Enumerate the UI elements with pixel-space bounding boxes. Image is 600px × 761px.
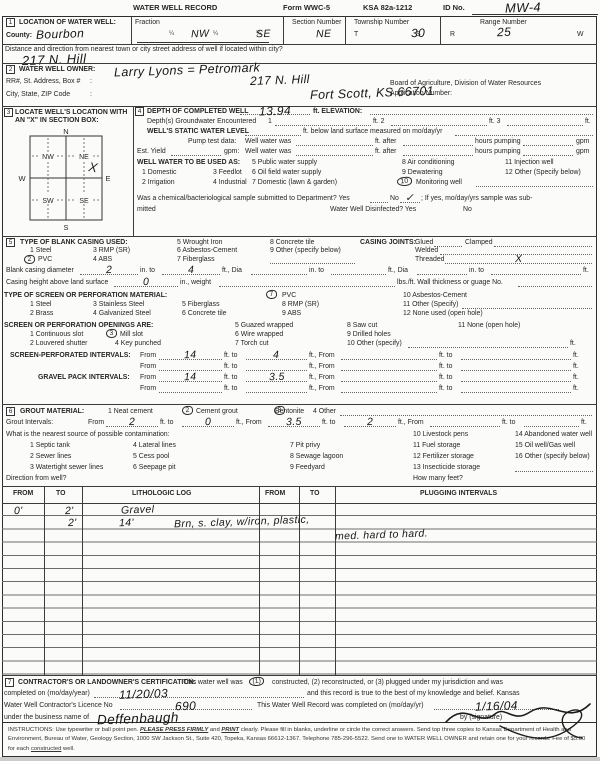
range-w: W [577, 31, 584, 38]
diam-value-1: 2 [106, 264, 113, 276]
gpi2-ftfrom: ft., From [309, 385, 335, 392]
log-header-from: FROM [13, 490, 33, 497]
contam-15: 15 Oil well/Gas well [515, 442, 575, 449]
divider [440, 16, 441, 44]
diam-blank-5 [417, 267, 467, 275]
use-option-11: 11 Injection well [505, 159, 554, 166]
yield-blank-4 [523, 148, 573, 156]
screen-material-9: 9 ABS [282, 310, 301, 317]
instructions-bold-1: PLEASE PRESS FIRMLY [140, 727, 208, 733]
yield-blank-3 [403, 148, 473, 156]
use-option-8: 8 Air conditioning [402, 159, 454, 166]
pump-blank-3 [523, 138, 573, 146]
spi2-ftto: ft. to [224, 363, 237, 370]
fraction-3: NE [316, 28, 332, 41]
casing-option-2-label: PVC [38, 256, 52, 263]
opening-7: 7 Torch cut [235, 340, 269, 347]
opening-3-circled: 3 [106, 329, 118, 339]
owner-section: 2 WATER WELL OWNER: Larry Lyons = Petrom… [2, 63, 597, 106]
disinfected-no: No [463, 206, 472, 213]
divider [283, 16, 284, 44]
gravel-pack-intervals-label: GRAVEL PACK INTERVALS: [38, 374, 130, 381]
contam-2: 2 Sewer lines [30, 453, 71, 460]
threaded-blank: X [445, 256, 592, 264]
casing-title: TYPE OF BLANK CASING USED: [20, 239, 128, 246]
section1-number: 1 [6, 18, 15, 27]
screen-material-1: 1 Steel [30, 301, 51, 308]
owner-name: Larry Lyons = Petromark [114, 60, 261, 79]
owner-title: WATER WELL OWNER: [19, 66, 95, 73]
grout-blank-4: 2 [344, 419, 396, 427]
spi2-from-label: From [140, 363, 156, 370]
grout-a2: 3.5 [286, 416, 302, 429]
casing-option-6: 6 Asbestos-Cement [177, 247, 237, 254]
threaded-x-mark: X [515, 253, 523, 265]
log-header-to: TO [56, 490, 65, 497]
screen-perforated-intervals-label: SCREEN-PERFORATED INTERVALS: [10, 352, 131, 359]
hours-pumping-2: hours pumping [475, 148, 521, 155]
weight-label: in., weight [180, 279, 211, 286]
cert-date1-blank: 11/20/03 [94, 690, 304, 698]
distance-row: Distance and direction from nearest town… [2, 44, 597, 63]
spi-ftto-2: ft. to [439, 352, 452, 359]
blank-casing-diameter-label: Blank casing diameter [6, 267, 74, 274]
owner-address: 217 N. Hill [250, 72, 310, 88]
casing-option-9: 9 Other (specify below) [270, 247, 341, 254]
fraction-label: Fraction [135, 19, 160, 26]
ft-dia-2: ft., Dia [388, 267, 408, 274]
use-title: WELL WATER TO BE USED AS: [137, 159, 240, 166]
contam-14: 14 Abandoned water well [515, 431, 592, 438]
static-level-label: WELL'S STATIC WATER LEVEL [147, 128, 249, 135]
pump-test-label: Pump test data: [188, 138, 236, 145]
in-to-2: in. to [309, 267, 324, 274]
quarter-3: ¼ [256, 31, 261, 37]
spi-blank-1: 14 [159, 352, 222, 360]
use-option-10-circled: 10 [397, 176, 412, 186]
contam-8: 8 Sewage lagoon [290, 453, 343, 460]
plug-header-label: PLUGGING INTERVALS [420, 490, 497, 497]
cert-date1: 11/20/03 [119, 686, 168, 702]
section-quadrant-diagram: N S W E NW NE SW SE X [8, 126, 126, 236]
use-option-10-label: Monitoring well [416, 179, 462, 186]
location-row: 1 LOCATION OF WATER WELL: County: Bourbo… [2, 16, 597, 44]
fraction-1: NW [191, 28, 210, 41]
opening-9: 9 Drilled holes [347, 331, 391, 338]
county-label: County: [6, 32, 32, 39]
well-location-x-mark: X [87, 159, 100, 176]
location-title: LOCATION OF WATER WELL: [19, 19, 116, 26]
how-many-feet-question: How many feet? [413, 475, 463, 482]
contam-13: 13 Insecticide storage [413, 464, 480, 471]
quarter-1: ¼ [169, 31, 174, 37]
section5-number: 5 [6, 238, 15, 247]
gpi2-blank-4 [461, 385, 571, 393]
ft-dia-1: ft., Dia [222, 267, 242, 274]
grout-option-1: 1 Neat cement [108, 408, 153, 415]
gw-ft: ft. [585, 118, 591, 125]
divider [82, 486, 83, 675]
casing-option-5: 5 Wrought Iron [177, 239, 222, 246]
use-option-1: 1 Domestic [142, 169, 176, 176]
grout-blank-2: 0 [182, 419, 234, 427]
contam-5: 5 Cess pool [133, 453, 169, 460]
casing-section: 5 TYPE OF BLANK CASING USED: 5 Wrought I… [2, 236, 597, 404]
sample-question-2: ; If yes, mo/day/yrs sample was sub- [421, 195, 532, 202]
log-row1-litho: Gravel [121, 503, 155, 516]
use-other-blank [476, 179, 593, 187]
use-option-2: 2 Irrigation [142, 179, 175, 186]
form-title: WATER WELL RECORD [133, 3, 217, 12]
grout-option-2-label: Cement grout [196, 408, 238, 415]
gpi-to-value: 3.5 [268, 371, 284, 384]
board-of-agriculture: Board of Agriculture, Division of Water … [390, 80, 541, 87]
spi-from-value: 14 [184, 349, 197, 361]
cert-text-1: This water well was [183, 679, 243, 686]
screen-material-6: 6 Concrete tile [182, 310, 226, 317]
contam-12: 12 Fertilizer storage [413, 453, 474, 460]
township-t: T [354, 31, 358, 38]
spi-blank-2: 4 [246, 352, 307, 360]
gpi2-blank-2 [246, 385, 307, 393]
log-row2-from: 2' [68, 517, 77, 529]
gpm-colon: gpm: [224, 148, 239, 155]
log-header-litho: LITHOLOGIC LOG [132, 490, 191, 497]
screen-material-12: 12 None used (open hole) [403, 310, 483, 317]
spi-ft: ft. [573, 352, 579, 359]
cert-license-bl: 690 [120, 702, 252, 710]
gpi2-ft: ft. [573, 385, 579, 392]
screen-material-5: 5 Fiberglass [182, 301, 220, 308]
spi-ftfrom: ft., From [309, 352, 335, 359]
cert-text-6: This Water Well Record was completed on … [257, 702, 424, 709]
lithologic-log-table: FROM TO LITHOLOGIC LOG FROM TO PLUGGING … [2, 486, 597, 675]
log-row1-to: 2' [64, 505, 73, 517]
form-id-label: ID No. [443, 3, 465, 12]
county-value: Bourbon [36, 26, 85, 42]
instructions-text-4: well. [63, 746, 75, 752]
use-option-4: 4 Industrial [213, 179, 247, 186]
joints-threaded: Threaded [415, 256, 445, 263]
grout-title: GROUT MATERIAL: [20, 408, 84, 415]
screen-material-3: 3 Stainless Steel [93, 301, 144, 308]
gpm-1: gpm [576, 138, 589, 145]
static-date-blank [455, 128, 593, 136]
contam-6: 6 Seepage pit [133, 464, 176, 471]
certification-title: CONTRACTOR'S OR LANDOWNER'S CERTIFICATIO… [18, 679, 196, 686]
static-level-text: ft. below land surface measured on mo/da… [303, 128, 442, 135]
use-option-12: 12 Other (Specify below) [505, 169, 581, 176]
use-option-7: 7 Domestic (lawn & garden) [252, 179, 337, 186]
instructions-text-2: and [210, 727, 220, 733]
height-blank: 0 [114, 279, 178, 287]
cert-business-label: under the business name of [4, 714, 89, 721]
sample-question-3: mitted [137, 206, 156, 213]
quadrant-se-label: SE [79, 198, 89, 205]
grout-blank-5 [430, 419, 500, 427]
disinfected-question: Water Well Disinfected? Yes [330, 206, 416, 213]
cert-text-2: constructed, (2) reconstructed, or (3) p… [272, 679, 503, 686]
owner-address-label: RR#, St. Address, Box # [6, 78, 80, 85]
gw-blank-3 [507, 118, 583, 126]
yield-blank [171, 148, 221, 156]
glued-blank [434, 239, 462, 247]
screen-openings-title: SCREEN OR PERFORATION OPENINGS ARE: [4, 322, 153, 329]
spi-blank-4 [461, 352, 571, 360]
id-underline [472, 14, 598, 15]
quadrant-nw-label: NW [42, 154, 54, 161]
diam-blank-3 [251, 267, 307, 275]
spi2-ftto-2: ft. to [439, 363, 452, 370]
gpi-ftfrom: ft., From [309, 374, 335, 381]
form-ksa: KSA 82a-1212 [363, 3, 412, 12]
opening-other-blank [408, 340, 568, 348]
gpi-blank-4 [461, 374, 571, 382]
contamination-question: What is the nearest source of possible c… [6, 431, 170, 438]
section6-number: 6 [6, 407, 15, 416]
form-number: Form WWC-5 [283, 3, 330, 12]
diam-blank-4 [331, 267, 386, 275]
use-option-5: 5 Public water supply [252, 159, 317, 166]
instructions-text-1: Use typewriter or ball point pen. [55, 727, 138, 733]
contam-10: 10 Livestock pens [413, 431, 468, 438]
quarter-2: ¼ [213, 31, 218, 37]
depth-blank: 13.94 [240, 107, 310, 115]
screen-material-7-label: PVC [282, 292, 296, 299]
section3-number: 3 [4, 108, 13, 117]
gpi-ftto-2: ft. to [439, 374, 452, 381]
groundwater-label: Depth(s) Groundwater Encountered [147, 118, 256, 125]
contam-16: 16 Other (specify below) [515, 453, 590, 460]
opening-8: 8 Saw cut [347, 322, 377, 329]
opening-5: 5 Guazed wrapped [235, 322, 293, 329]
grout-b2: 2 [367, 416, 374, 428]
spi-from-label: From [140, 352, 156, 359]
log-row2-to: 14' [119, 517, 134, 530]
screen-material-11: 11 Other (Specify) [403, 301, 458, 308]
opening-1: 1 Continuous slot [30, 331, 83, 338]
grout-blank-6 [524, 419, 579, 427]
screen-material-title: TYPE OF SCREEN OR PERFORATION MATERIAL: [4, 292, 167, 299]
casing-option-4: 4 ABS [93, 256, 112, 263]
locate-title-2: AN "X" IN SECTION BOX: [15, 117, 99, 124]
well-water-was-2: Well water was [245, 148, 291, 155]
diam-value-2: 4 [188, 264, 195, 276]
gw-blank-1 [275, 118, 371, 126]
divider [345, 16, 346, 44]
diam-blank-2: 4 [162, 267, 220, 275]
spi-ftto: ft. to [224, 352, 237, 359]
depth-label: DEPTH OF COMPLETED WELL [147, 108, 248, 115]
colon: : [90, 91, 92, 98]
casing-joints-label: CASING JOINTS: [360, 239, 416, 246]
range-r: R [450, 31, 455, 38]
in-to-1: in. to [140, 267, 155, 274]
casing-option-1: 1 Steel [30, 247, 51, 254]
contam-other-blank [515, 464, 593, 472]
sample-no-label: No [390, 195, 399, 202]
elevation-label: ft. ELEVATION: [313, 108, 362, 115]
gpi-ft: ft. [573, 374, 579, 381]
opening-4: 4 Key punched [115, 340, 161, 347]
spi-blank-3 [341, 352, 437, 360]
well-data-section: 4 DEPTH OF COMPLETED WELL 13.94 ft. ELEV… [133, 106, 597, 236]
joints-welded: Welded [415, 247, 438, 254]
joints-clamped: Clamped [465, 239, 493, 246]
casing-option-7: 7 Fiberglass [177, 256, 215, 263]
grout-b1: 0 [205, 416, 212, 428]
contam-9: 9 Feedyard [290, 464, 325, 471]
gpi-ftto: ft. to [224, 374, 237, 381]
divider [335, 486, 336, 675]
casing-option-2-circled: 2 [24, 255, 36, 265]
use-option-3: 3 Feedlot [213, 169, 242, 176]
opening-2: 2 Louvered shutter [30, 340, 87, 347]
instructions-lead: INSTRUCTIONS: [8, 727, 54, 733]
gpi-blank-2: 3.5 [246, 374, 307, 382]
cert-license-label: Water Well Contractor's Licence No [4, 702, 113, 709]
grout-other-blank [340, 408, 592, 416]
screen-material-2: 2 Brass [30, 310, 53, 317]
opening-6: 6 Wire wrapped [235, 331, 283, 338]
instructions-bold-2: PRINT [221, 727, 239, 733]
plug-header-from: FROM [265, 490, 285, 497]
gw-3: ft. 3 [489, 118, 501, 125]
section4-number: 4 [135, 107, 144, 116]
range-label: Range Number [480, 19, 527, 26]
gpi2-blank-3 [341, 385, 437, 393]
grout-ftfrom-2: ft., From [398, 419, 424, 426]
cert-completed-label: completed on (mo/day/year) [4, 690, 90, 697]
colon: : [90, 78, 92, 85]
log-row1-from: 0' [14, 505, 23, 517]
hours-pumping-1: hours pumping [475, 138, 521, 145]
gpi2-blank-1 [159, 385, 222, 393]
direction-question: Direction from well? [6, 475, 67, 482]
grout-option-2-circled: 2 [182, 406, 194, 416]
grout-blank-3: 3.5 [268, 419, 320, 427]
opening-3-label: Mill slot [120, 331, 143, 338]
screen-material-4: 4 Galvanized Steel [93, 310, 151, 317]
gpi-from-label: From [140, 374, 156, 381]
instructions-underline-1: constructed [31, 746, 61, 752]
casing-option-8: 8 Concrete tile [270, 239, 314, 246]
ft-after-1: ft. after [375, 138, 396, 145]
grout-option-3-label: Bentonite [275, 408, 304, 415]
gw-blank-2 [391, 118, 487, 126]
screen-material-10: 10 Asbestos-Cement [403, 292, 467, 299]
divider [44, 486, 45, 675]
grout-blank-1: 2 [106, 419, 158, 427]
static-blank [245, 128, 301, 136]
casing-other-blank [270, 256, 355, 264]
gw-2: ft. 2 [373, 118, 385, 125]
grout-ftto-2: ft. to [322, 419, 335, 426]
height-value: 0 [143, 276, 150, 288]
weight-blank [219, 279, 395, 287]
grout-ft: ft. [581, 419, 587, 426]
gpm-2: gpm [576, 148, 589, 155]
elevation-blank [370, 107, 593, 115]
spi2-ft: ft. [573, 363, 579, 370]
wall-blank [518, 279, 592, 287]
pump-blank-1 [296, 138, 373, 146]
quadrant-ne-label: NE [79, 154, 89, 161]
well-water-was-1: Well water was [245, 138, 291, 145]
grout-ftto-3: ft. to [502, 419, 515, 426]
grout-section: 6 GROUT MATERIAL: 1 Neat cement 2 Cement… [2, 404, 597, 486]
joints-glued: Glued [415, 239, 433, 246]
gpi2-ftto-2: ft. to [439, 385, 452, 392]
compass-east-label: E [105, 174, 110, 183]
spi2-ftfrom: ft., From [309, 363, 335, 370]
divider [131, 16, 132, 44]
sample-no-checkmark: ✓ [405, 192, 415, 204]
screen-material-8: 8 RMP (SR) [282, 301, 319, 308]
contam-3: 3 Watertight sewer lines [30, 464, 103, 471]
spi2-blank-1 [159, 363, 222, 371]
grout-ftfrom-1: ft., From [236, 419, 262, 426]
diam-ft: ft. [583, 267, 589, 274]
sample-no-blank: ✓ [400, 195, 420, 203]
water-well-record-form: WATER WELL RECORD Form WWC-5 KSA 82a-121… [0, 0, 600, 761]
ft-after-2: ft. after [375, 148, 396, 155]
spi2-blank-4 [461, 363, 571, 371]
contam-4: 4 Lateral lines [133, 442, 176, 449]
grout-intervals-label: Grout Intervals: [6, 419, 53, 426]
locate-section: 3 LOCATE WELL'S LOCATION WITH AN "X" IN … [2, 106, 133, 236]
township-value: 25 [497, 25, 512, 39]
compass-west-label: W [18, 174, 26, 183]
casing-height-label: Casing height above land surface [6, 279, 108, 286]
grout-option-4: 4 Other [313, 408, 336, 415]
gpi2-from-label: From [140, 385, 156, 392]
sample-question: Was a chemical/bacteriological sample su… [137, 195, 350, 202]
use-option-6: 6 Oil field water supply [252, 169, 321, 176]
grout-a1: 2 [129, 416, 136, 428]
wall-thickness-label: lbs./ft. Wall thickness or guage No. [397, 279, 503, 286]
gpi2-ftto: ft. to [224, 385, 237, 392]
application-number-label: Application Number: [390, 90, 452, 97]
contam-1: 1 Septic tank [30, 442, 70, 449]
screen-material-other-blank [462, 301, 592, 309]
gpi-from-value: 14 [184, 371, 197, 383]
sample-yes-blank [370, 195, 388, 203]
screen-material-7-circled: 7 [266, 290, 278, 300]
grout-ftto-1: ft. to [160, 419, 173, 426]
gpi-blank-1: 14 [159, 374, 222, 382]
spi-to-value: 4 [273, 349, 280, 361]
compass-north-label: N [63, 127, 68, 136]
opening-10: 10 Other (specify) [347, 340, 402, 347]
depth-value: 13.94 [259, 103, 292, 118]
grout-from-1: From [88, 419, 104, 426]
township-s: S [416, 31, 421, 38]
yield-blank-2 [296, 148, 373, 156]
pump-blank-2 [403, 138, 473, 146]
section-number-label: Section Number [292, 19, 341, 26]
township-label: Township Number [354, 19, 409, 26]
contam-7: 7 Pit privy [290, 442, 320, 449]
spi2-blank-2 [246, 363, 307, 371]
opening-11: 11 None (open hole) [458, 322, 520, 329]
fraction-underline [137, 42, 269, 43]
spi2-blank-3 [341, 363, 437, 371]
opening-other-ft: ft. [570, 340, 576, 347]
use-option-9: 9 Dewatering [402, 169, 443, 176]
section2-number: 2 [6, 65, 15, 74]
scan-edge [0, 757, 600, 761]
